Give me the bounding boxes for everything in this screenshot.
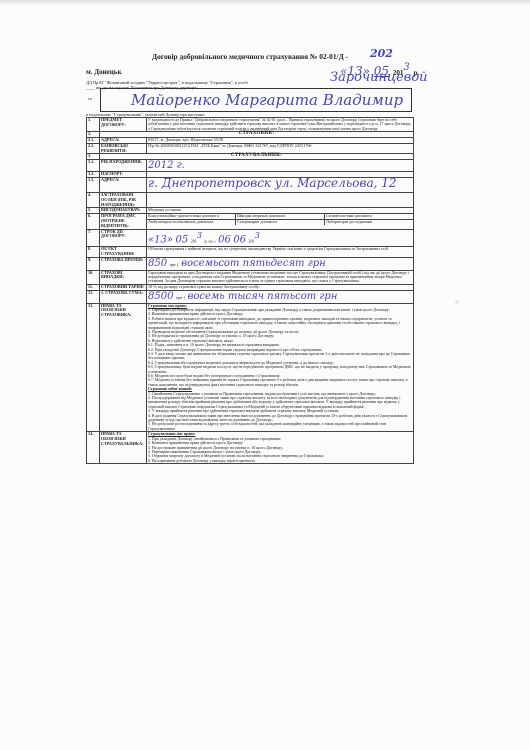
row-insurer-rights: 13. ПРАВА ТА ОБОВ'ЯЗКИ СТРАХОВИКА: Страх… — [87, 303, 414, 432]
row-subject: 1. ПРЕДМЕТ ДОГОВОРУ: У відповідності до … — [87, 118, 414, 132]
row-insured-events: 10. СТРАХОВІ ВИПАДКИ: Страховим випадком… — [87, 270, 414, 284]
row-policyholder-address: 3.3. АДРЕСА: г. Днепропетровск ул. Марсе… — [87, 178, 414, 193]
program-option: Стаціонарна допомога — [236, 220, 325, 225]
row-sum-insured: 12. 1. СТРАХОВА СУМА: 8500 грн. ( восемь… — [87, 290, 414, 303]
row-term: 7. СТРОК ДІЇ ДОГОВОРУ: «13» 05 2013 р. п… — [87, 229, 414, 246]
insured-name: Майоренко Маргарита Владимир — [131, 91, 403, 109]
contract-title: Договір добровільного медичного страхува… — [152, 52, 348, 61]
contract-form-table: 1. ПРЕДМЕТ ДОГОВОРУ: У відповідності до … — [86, 117, 414, 464]
row-bank-details: 2.2. БАНКІВСЬКІ РЕКВІЗИТИ: П/р № 2650501… — [87, 143, 414, 154]
signer-name: Зарочинцевой — [330, 70, 428, 85]
row-program: 6. ПРОГРАМА ДМС (ПОТРІБНЕ ВІДМІТИТИ): Ко… — [87, 214, 414, 229]
program-option: Лабораторні дослідження — [325, 220, 413, 225]
and-label: та — [88, 96, 92, 101]
scan-edge — [0, 0, 530, 6]
contract-number: 202 — [370, 47, 393, 60]
row-object: 8. ОБ'ЄКТ СТРАХУВАННЯ: Об'єктом страхува… — [87, 246, 414, 257]
row-birth-year: 3.1. РІК НАРОДЖЕННЯ: 2012 г. — [87, 160, 414, 172]
program-option: Амбулаторно-поліклінічна допомога — [147, 220, 236, 225]
row-policyholder-rights: 14. ПРАВА ТА ОБОВ'ЯЗКИ СТРАХУВАЛЬНИКА: С… — [87, 432, 414, 464]
scan-speck — [455, 300, 459, 304]
row-premium: 9. СТРАХОВА ПРЕМІЯ: 850 грн. ( восемьсот… — [87, 257, 414, 270]
row-insured-persons: 4. ЗАСТРАХОВАНІ ОСОБИ (ПІБ, РІК НАРОДЖЕН… — [87, 193, 414, 208]
city: м. Донецьк — [86, 68, 122, 76]
insured-name-box: Майоренко Маргарита Владимир — [100, 88, 412, 112]
